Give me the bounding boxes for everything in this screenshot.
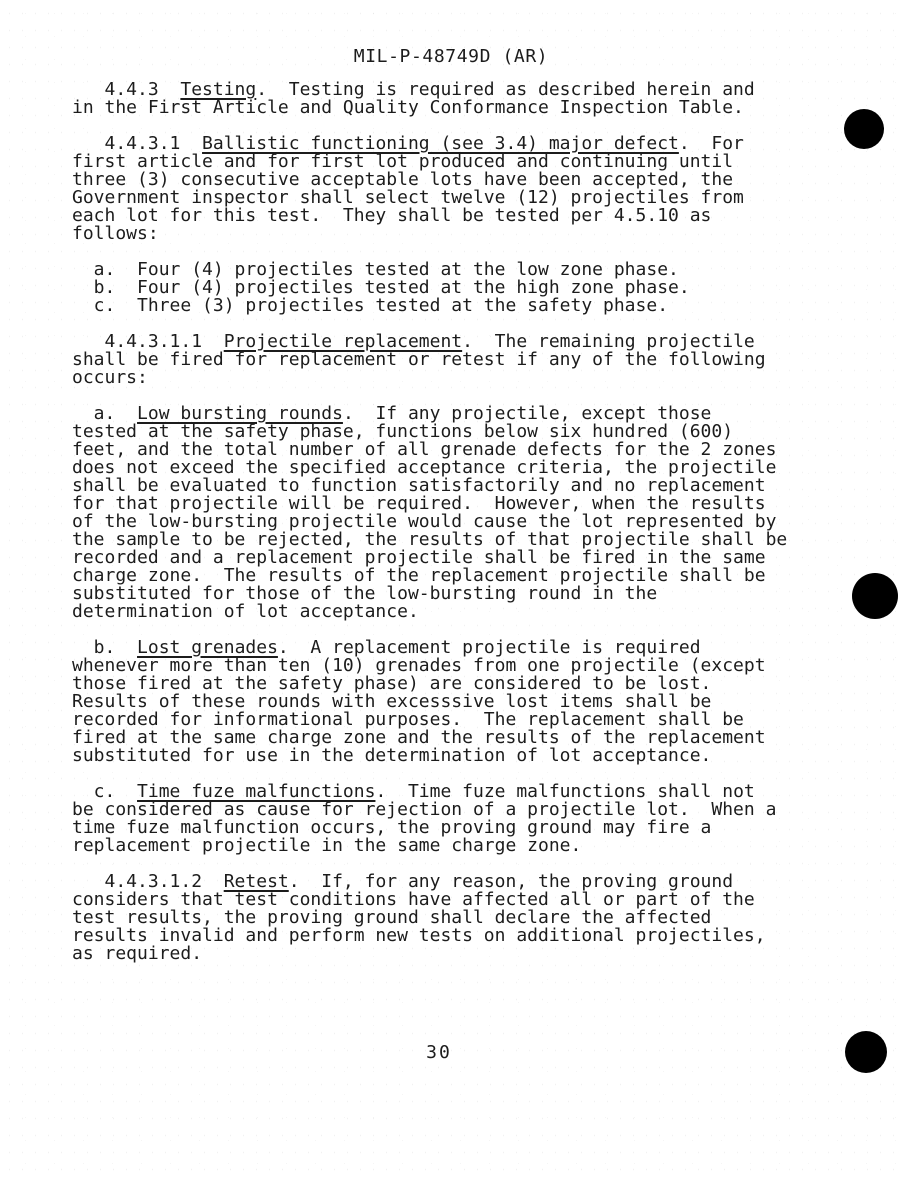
page-number: 30 bbox=[0, 1044, 878, 1062]
text-line: occurs: bbox=[72, 369, 832, 387]
document-header: MIL-P-48749D (AR) bbox=[0, 48, 902, 66]
text-line: follows: bbox=[72, 225, 832, 243]
text-line: substituted for use in the determination… bbox=[72, 747, 832, 765]
punch-hole-mark bbox=[845, 1031, 887, 1073]
paragraph-4-4-3-1-ballistic-functioning: 4.4.3.1 Ballistic functioning (see 3.4) … bbox=[72, 135, 832, 243]
punch-hole-mark bbox=[844, 109, 884, 149]
item-b-lost-grenades: b. Lost grenades. A replacement projecti… bbox=[72, 639, 832, 765]
list-test-phases: a. Four (4) projectiles tested at the lo… bbox=[72, 261, 832, 315]
text-line: replacement projectile in the same charg… bbox=[72, 837, 832, 855]
text-line: c. Three (3) projectiles tested at the s… bbox=[72, 297, 832, 315]
text-line: as required. bbox=[72, 945, 832, 963]
text-line: shall be fired for replacement or retest… bbox=[72, 351, 832, 369]
document-body: 4.4.3 Testing. Testing is required as de… bbox=[72, 81, 832, 981]
paragraph-4-4-3-1-2-retest: 4.4.3.1.2 Retest. If, for any reason, th… bbox=[72, 873, 832, 963]
text-line: each lot for this test. They shall be te… bbox=[72, 207, 832, 225]
text-line: in the First Article and Quality Conform… bbox=[72, 99, 832, 117]
paragraph-4-4-3-1-1-projectile-replacement: 4.4.3.1.1 Projectile replacement. The re… bbox=[72, 333, 832, 387]
item-c-time-fuze-malfunctions: c. Time fuze malfunctions. Time fuze mal… bbox=[72, 783, 832, 855]
paragraph-4-4-3-testing: 4.4.3 Testing. Testing is required as de… bbox=[72, 81, 832, 117]
text-line: determination of lot acceptance. bbox=[72, 603, 832, 621]
punch-hole-mark bbox=[852, 573, 898, 619]
scanned-document-page: MIL-P-48749D (AR) 4.4.3 Testing. Testing… bbox=[0, 0, 902, 1179]
item-a-low-bursting-rounds: a. Low bursting rounds. If any projectil… bbox=[72, 405, 832, 621]
